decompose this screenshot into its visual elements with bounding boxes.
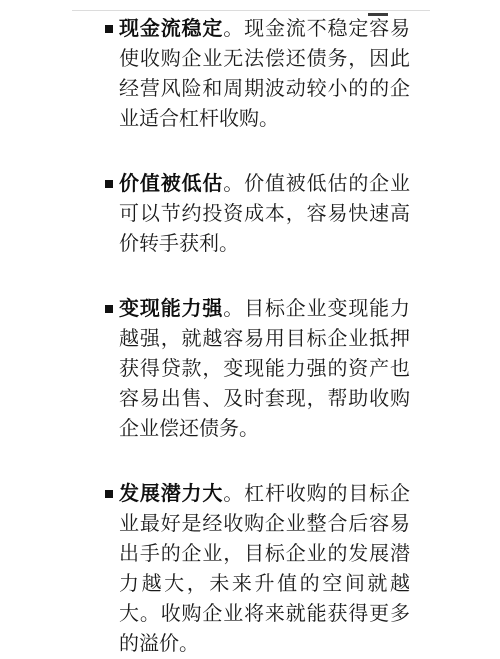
list-item: 现金流稳定。现金流不稳定容易使收购企业无法偿还债务，因此经营风险和周期波动较小的…	[119, 14, 410, 134]
item-separator: 。	[223, 298, 244, 320]
list-item: 发展潜力大。杠杆收购的目标企业最好是经收购企业整合后容易出手的企业，目标企业的发…	[119, 479, 410, 659]
item-separator: 。	[223, 483, 244, 505]
page: 现金流稳定。现金流不稳定容易使收购企业无法偿还债务，因此经营风险和周期波动较小的…	[0, 0, 500, 659]
bullet-square-icon	[105, 490, 113, 498]
item-term: 现金流稳定	[119, 18, 223, 40]
bullet-list: 现金流稳定。现金流不稳定容易使收购企业无法偿还债务，因此经营风险和周期波动较小的…	[0, 0, 500, 659]
item-separator: 。	[223, 173, 244, 195]
item-body: 杠杆收购的目标企业最好是经收购企业整合后容易出手的企业，目标企业的发展潜力越大，…	[119, 483, 410, 655]
item-term: 发展潜力大	[119, 483, 223, 505]
item-term: 变现能力强	[119, 298, 223, 320]
list-item: 价值被低估。价值被低估的企业可以节约投资成本，容易快速高价转手获利。	[119, 169, 410, 259]
cropped-text-hairline	[72, 10, 430, 11]
list-item: 变现能力强。目标企业变现能力越强，就越容易用目标企业抵押获得贷款，变现能力强的资…	[119, 294, 410, 444]
bullet-square-icon	[105, 25, 113, 33]
item-separator: 。	[223, 18, 244, 40]
bullet-square-icon	[105, 305, 113, 313]
item-term: 价值被低估	[119, 173, 223, 195]
bullet-square-icon	[105, 180, 113, 188]
